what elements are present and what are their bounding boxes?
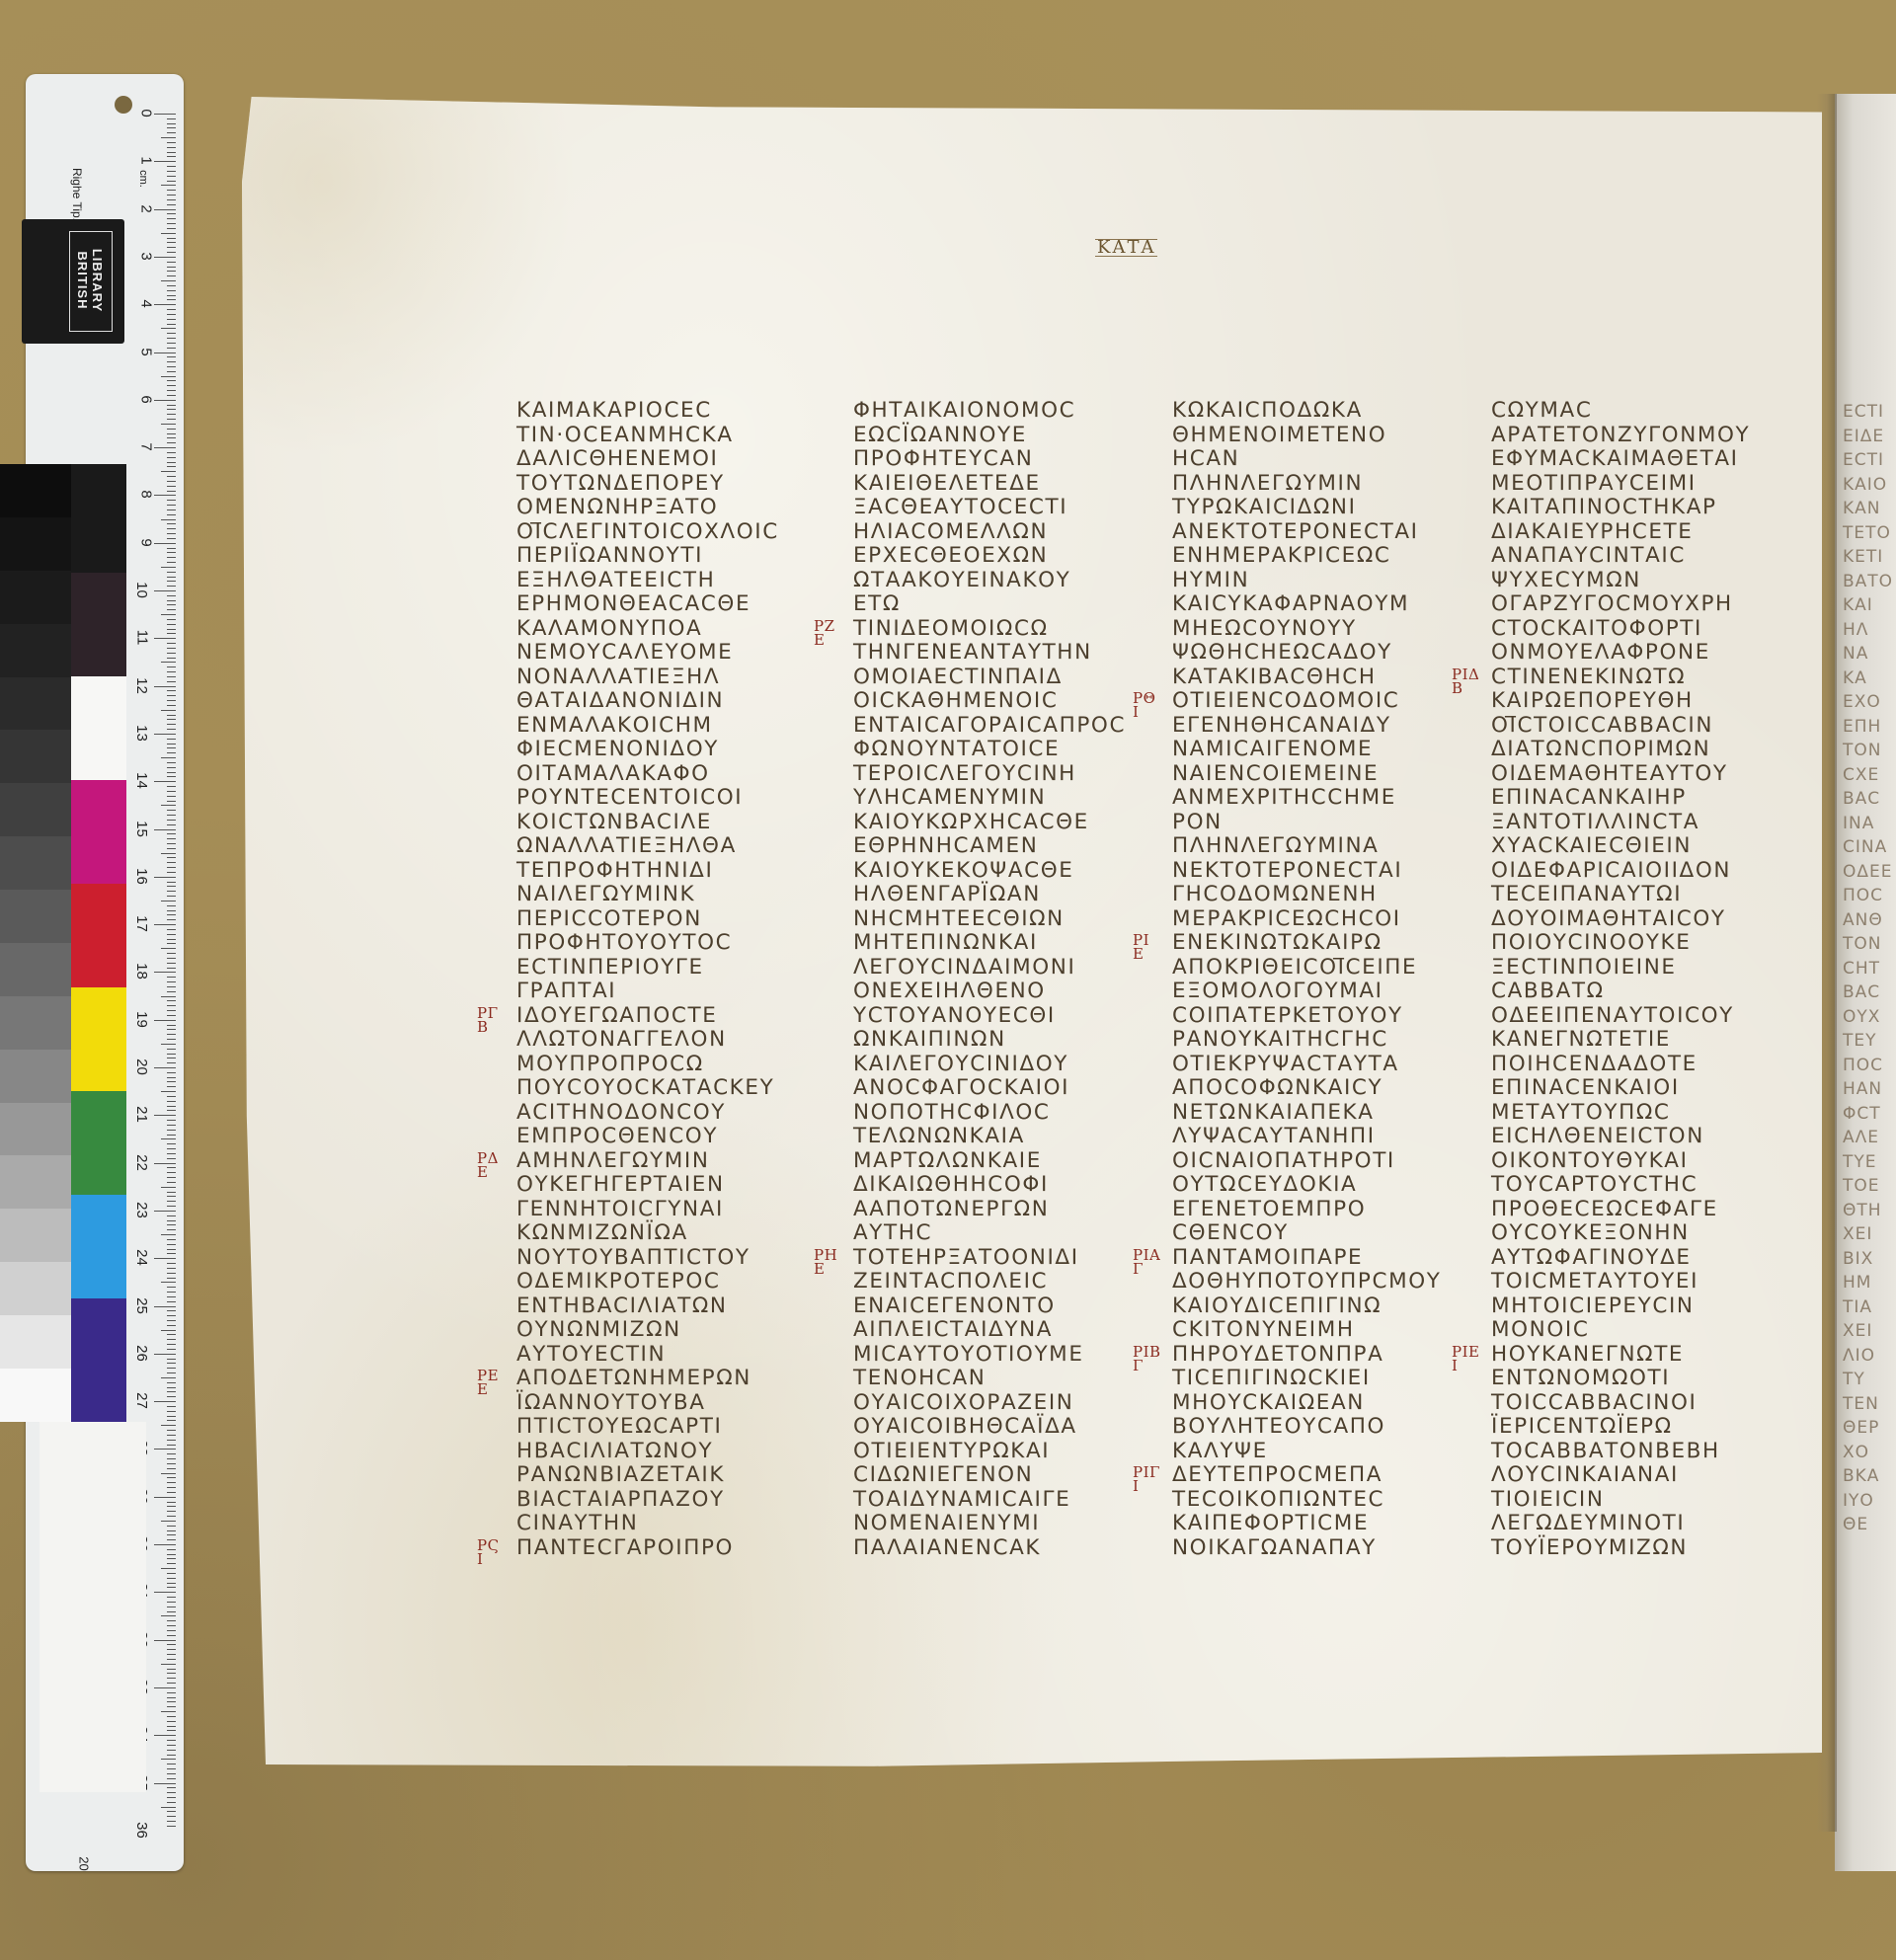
manuscript-line: ΑΠΟϹΟΦΩΝΚΑΙϹΥ xyxy=(1172,1076,1441,1101)
ruler-tick xyxy=(161,1234,176,1235)
ruler-tick xyxy=(167,271,176,272)
ruler-tick xyxy=(167,629,176,630)
ruler-tick xyxy=(154,1640,176,1641)
ruler-tick xyxy=(167,123,176,124)
manuscript-line: ΛΥΨΑϹΑΥΤΑΝΗΠΙ xyxy=(1172,1125,1441,1149)
ruler-tick xyxy=(161,1425,176,1426)
ruler-tick xyxy=(154,972,176,973)
manuscript-line: ΕΞΗΛΘΑΤΕΕΙϹΤΗ xyxy=(516,569,779,593)
ruler-tick xyxy=(167,361,176,362)
ruler-tick xyxy=(167,1549,176,1550)
ruler-tick xyxy=(167,1125,176,1126)
ruler-tick xyxy=(167,1635,176,1636)
manuscript-line: ΟΤΙΕΚΡΥΨΑϹΤΑΥΤΑ xyxy=(1172,1053,1441,1077)
manuscript-line: ΟΥΚΕΓΗΓΕΡΤΑΙΕΝ xyxy=(516,1173,779,1198)
section-number-marginalia: ΡϚ Ι xyxy=(477,1538,500,1566)
manuscript-line: ΤΙΝΙΔΕΟΜΟΙΩϹΩ xyxy=(853,617,1126,642)
ruler-tick xyxy=(167,1301,176,1302)
ruler-tick xyxy=(167,700,176,701)
ruler-tick xyxy=(167,1726,176,1727)
ruler-tick xyxy=(167,772,176,773)
ruler-tick xyxy=(167,1025,176,1026)
ruler-tick xyxy=(167,285,176,286)
manuscript-line: ΟΙϹΚΑΘΗΜΕΝΟΙϹ xyxy=(853,689,1126,714)
ruler-cm-number: 17 xyxy=(133,915,150,932)
manuscript-line: ΔΟΥΟΙΜΑΘΗΤΑΙϹΟΥ xyxy=(1491,907,1750,932)
manuscript-line: ΕΦΥΜΑϹΚΑΙΜΑΘΕΤΑΙ xyxy=(1491,447,1750,472)
ruler-cm-number: 6 xyxy=(137,395,154,403)
ruler-cm-number: 9 xyxy=(137,538,154,546)
ruler-tick xyxy=(167,338,176,339)
manuscript-line: ΦΙΕϹΜΕΝΟΝΙΔΟΥ xyxy=(516,738,779,762)
ruler-tick xyxy=(154,1211,176,1212)
ruler-tick xyxy=(161,948,176,949)
ruler-tick xyxy=(167,437,176,438)
manuscript-line: ΜΕΤΑΥΤΟΥΠΩϹ xyxy=(1491,1101,1750,1126)
ruler-tick xyxy=(167,147,176,148)
ruler-tick xyxy=(167,1649,176,1650)
cyan-swatch xyxy=(71,1195,126,1298)
manuscript-line: ΕΓΕΝΕΤΟΕΜΠΡΟ xyxy=(1172,1198,1441,1222)
ruler-tick xyxy=(167,1148,176,1149)
ruler-tick xyxy=(167,1477,176,1478)
ruler-tick xyxy=(167,1706,176,1707)
manuscript-line: ΝΑΙΛΕΓΩΥΜΙΝΚ xyxy=(516,883,779,907)
manuscript-line: ΤΟϹΑΒΒΑΤΟΝΒΕΒΗ xyxy=(1491,1440,1750,1464)
ruler-tick xyxy=(167,604,176,605)
ruler-tick xyxy=(167,886,176,887)
ruler-tick xyxy=(167,523,176,524)
manuscript-line: ΕΙϹΗΛΘΕΝΕΙϹΤΟΝ xyxy=(1491,1125,1750,1149)
greyscale-chart xyxy=(0,464,71,1422)
manuscript-line: ΑΡΑΤΕΤΟΝΖΥΓΟΝΜΟΥ xyxy=(1491,424,1750,448)
manuscript-line: ΚΑΙΜΑΚΑΡΙΟϹΕϹ xyxy=(516,399,779,424)
manuscript-line: ΤΟΤΕΗΡΞΑΤΟΟΝΙΔΙ xyxy=(853,1246,1126,1271)
ruler-tick xyxy=(167,1110,176,1111)
ruler-tick xyxy=(167,562,176,563)
manuscript-line: ΙΔΟΥΕΓΩΑΠΟϹΤΕ xyxy=(516,1004,779,1029)
manuscript-line: ΕΡΧΕϹΘΕΟΕΧΩΝ xyxy=(853,544,1126,569)
manuscript-line: ΪΕΡΙϹΕΝΤΩΪΕΡΩ xyxy=(1491,1415,1750,1440)
manuscript-line: ϹΤΟϹΚΑΙΤΟΦΟΡΤΙ xyxy=(1491,617,1750,642)
ruler-tick xyxy=(167,1740,176,1741)
section-number-marginalia: ΡΔ Ε xyxy=(477,1151,499,1179)
ruler-tick xyxy=(167,181,176,182)
ruler-tick xyxy=(161,1091,176,1092)
ruler-tick xyxy=(167,1062,176,1063)
manuscript-line: ΤΕΡΟΙϹΛΕΓΟΥϹΙΝΗ xyxy=(853,762,1126,787)
ruler-tick xyxy=(167,577,176,578)
ruler-tick xyxy=(167,142,176,143)
ruler-tick xyxy=(167,1826,176,1827)
manuscript-line: ΕΠΙΝΑϹΑΝΚΑΙΗΡ xyxy=(1491,786,1750,811)
ruler-tick xyxy=(167,739,176,740)
grey-swatch xyxy=(0,943,71,996)
ruler-cm-number: 21 xyxy=(133,1106,150,1123)
manuscript-line: ΗΛΙΑϹΟΜΕΛΛΩΝ xyxy=(853,520,1126,545)
manuscript-line: ΕΞΟΜΟΛΟΓΟΥΜΑΙ xyxy=(1172,980,1441,1004)
manuscript-line: ΜΕΡΑΚΡΙϹΕΩϹΗϹΟΙ xyxy=(1172,907,1441,932)
manuscript-line: ΤΟΑΙΔΥΝΑΜΙϹΑΙΓΕ xyxy=(853,1488,1126,1513)
manuscript-line: ΟΙΔΕΜΑΘΗΤΕΑΥΤΟΥ xyxy=(1491,762,1750,787)
manuscript-line: ϹΙΝΑΥΤΗΝ xyxy=(516,1512,779,1536)
ruler-tick xyxy=(167,228,176,229)
manuscript-line: ΝΟΥΤΟΥΒΑΠΤΙϹΤΟΥ xyxy=(516,1246,779,1271)
manuscript-line: ΑΙΠΛΕΙϹΤΑΙΔΥΝΑ xyxy=(853,1318,1126,1343)
manuscript-line: ΗΛΘΕΝΓΑΡΪΩΑΝ xyxy=(853,883,1126,907)
manuscript-line: ΟΝΜΟΥΕΛΑΦΡΟΝΕ xyxy=(1491,641,1750,666)
ruler-tick xyxy=(154,1306,176,1307)
ruler-tick xyxy=(167,1310,176,1311)
manuscript-line: ΚΟΙϹΤΩΝΒΑϹΙΛΕ xyxy=(516,811,779,835)
manuscript-line: ϹΙΔΩΝΙΕΓΕΝΟΝ xyxy=(853,1463,1126,1488)
ruler-tick xyxy=(167,767,176,768)
ruler-tick xyxy=(154,590,176,591)
manuscript-line: ΠΟΙΟΥϹΙΝΟΟΥΚΕ xyxy=(1491,931,1750,956)
ruler-tick xyxy=(167,1502,176,1503)
manuscript-line: ΝΗϹΜΗΤΕΕϹΘΙΩΝ xyxy=(853,907,1126,932)
ruler-cm-number: 36 xyxy=(133,1822,150,1839)
manuscript-line: ΤΙΝ·ΟϹΕΑΝΜΗϹΚΑ xyxy=(516,424,779,448)
section-number-marginalia: ΡΙΑ Γ xyxy=(1133,1248,1160,1276)
ruler-tick xyxy=(167,299,176,300)
ruler-tick xyxy=(167,824,176,825)
ruler-tick xyxy=(167,1487,176,1488)
ruler-tick xyxy=(167,1158,176,1159)
ruler-cm-number: 20 xyxy=(133,1058,150,1075)
ruler-cm-number: 18 xyxy=(133,964,150,980)
manuscript-line: ΠΑΛΑΙΑΝΕΝϹΑΚ xyxy=(853,1536,1126,1561)
ruler-cm-number: 22 xyxy=(133,1154,150,1171)
ruler-tick xyxy=(167,1010,176,1011)
section-number-marginalia: ΡΘ Ι xyxy=(1133,691,1155,719)
grey-swatch xyxy=(0,996,71,1050)
ruler-cm-number: 2 xyxy=(137,204,154,212)
manuscript-line: ΓΕΝΝΗΤΟΙϹΓΥΝΑΙ xyxy=(516,1198,779,1222)
manuscript-line: ϹΘΕΝϹΟΥ xyxy=(1172,1221,1441,1246)
ruler-tick xyxy=(161,1568,176,1569)
ruler-tick xyxy=(161,233,176,234)
ruler-tick xyxy=(167,801,176,802)
manuscript-line: ΥϹΤΟΥΑΝΟΥΕϹΘΙ xyxy=(853,1004,1126,1029)
ruler-tick xyxy=(161,662,176,663)
manuscript-line: ΥΛΗϹΑΜΕΝΥΜΙΝ xyxy=(853,786,1126,811)
ruler-tick xyxy=(167,1768,176,1769)
ruler-tick xyxy=(161,805,176,806)
ruler-tick xyxy=(167,333,176,334)
ruler-tick xyxy=(167,1196,176,1197)
ruler-cm-number: 0 xyxy=(137,109,154,117)
ruler-tick xyxy=(167,762,176,763)
manuscript-line: ϹΚΙΤΟΝΥΝΕΙΜΗ xyxy=(1172,1318,1441,1343)
text-column-4: ϹΩΥΜΑϹΑΡΑΤΕΤΟΝΖΥΓΟΝΜΟΥΕΦΥΜΑϹΚΑΙΜΑΘΕΤΑΙΜΕ… xyxy=(1491,399,1750,1560)
ruler-tick xyxy=(167,1811,176,1812)
manuscript-line: ΟΝΕΧΕΙΗΛΘΕΝΟ xyxy=(853,980,1126,1004)
ruler-tick xyxy=(167,127,176,128)
ruler-tick xyxy=(167,581,176,582)
section-number-marginalia: ΡΙ Ε xyxy=(1133,933,1149,961)
ruler-tick xyxy=(167,462,176,463)
ruler-tick xyxy=(167,557,176,558)
ruler-tick xyxy=(167,505,176,506)
ruler-tick xyxy=(161,1330,176,1331)
ruler-tick xyxy=(167,810,176,811)
ruler-tick xyxy=(167,658,176,659)
manuscript-line: ΑΥΤΟΥΕϹΤΙΝ xyxy=(516,1343,779,1368)
ruler-tick xyxy=(167,1249,176,1250)
ruler-tick xyxy=(167,218,176,219)
ruler-tick xyxy=(167,1368,176,1369)
ruler-tick xyxy=(167,1339,176,1340)
manuscript-line: ϹΩΥΜΑϹ xyxy=(1491,399,1750,424)
grey-swatch xyxy=(0,783,71,836)
manuscript-line: ΤΥΡΩΚΑΙϹΙΔΩΝΙ xyxy=(1172,496,1441,520)
manuscript-line: ΓΡΑΠΤΑΙ xyxy=(516,980,779,1004)
ruler-tick xyxy=(167,1697,176,1698)
ruler-tick xyxy=(167,1391,176,1392)
british-library-badge: LIBRARY BRITISH xyxy=(22,219,124,344)
manuscript-line: ΩΝΑΛΛΑΤΙΕΞΗΛΘΑ xyxy=(516,834,779,859)
ruler-tick xyxy=(167,1411,176,1412)
ruler-tick xyxy=(167,1192,176,1193)
manuscript-line: ΕΝΕΚΙΝΩΤΩΚΑΙΡΩ xyxy=(1172,931,1441,956)
ruler-cm-number: 1 xyxy=(137,157,154,165)
manuscript-line: ΠΕΡΙϹϹΟΤΕΡΟΝ xyxy=(516,907,779,932)
ruler-tick xyxy=(167,390,176,391)
running-title: ΚΑΤΑ xyxy=(1095,239,1157,257)
ruler-tick xyxy=(167,676,176,677)
ruler-tick xyxy=(167,843,176,844)
ruler-tick xyxy=(167,981,176,982)
grey-swatch xyxy=(0,1050,71,1103)
manuscript-line: ΚΑΙΟΥΚΕΚΟΨΑϹΘΕ xyxy=(853,859,1126,884)
grey-swatch xyxy=(0,1262,71,1315)
ruler-tick xyxy=(167,633,176,634)
manuscript-line: ΚΑΛΑΜΟΝΥΠΟΑ xyxy=(516,617,779,642)
manuscript-line: ΜΗΤΕΠΙΝΩΝΚΑΙ xyxy=(853,931,1126,956)
ruler-tick xyxy=(167,190,176,191)
ruler-tick xyxy=(167,681,176,682)
manuscript-line: ΕΓΕΝΗΘΗϹΑΝΑΙΔΥ xyxy=(1172,714,1441,739)
ruler-tick xyxy=(161,376,176,377)
ruler-tick xyxy=(167,1135,176,1136)
ruler-tick xyxy=(167,1792,176,1793)
ruler-tick xyxy=(167,1206,176,1207)
ruler-tick xyxy=(167,491,176,492)
ruler-tick xyxy=(167,939,176,940)
manuscript-line: ΟΙΤΑΜΑΛΑΚΑΦΟ xyxy=(516,762,779,787)
ruler-tick xyxy=(161,137,176,138)
manuscript-line: ΜΟΝΟΙϹ xyxy=(1491,1318,1750,1343)
grey-swatch xyxy=(0,730,71,783)
ruler-tick xyxy=(167,1372,176,1373)
ruler-cm-number: 23 xyxy=(133,1202,150,1218)
grey-swatch xyxy=(0,624,71,677)
ruler-hole xyxy=(115,96,132,114)
ruler-cm-number: 7 xyxy=(137,442,154,450)
ruler-tick xyxy=(167,1244,176,1245)
ruler-tick xyxy=(154,257,176,258)
manuscript-line: ΕΝΤΩΝΟΜΩΟΤΙ xyxy=(1491,1367,1750,1391)
ruler-tick xyxy=(167,1315,176,1316)
ruler-tick xyxy=(167,1797,176,1798)
ruler-tick xyxy=(167,1526,176,1527)
ruler-tick xyxy=(161,757,176,758)
red-swatch xyxy=(71,884,126,987)
ruler-tick xyxy=(161,185,176,186)
manuscript-line: ΨΩΘΗϹΗΕΩϹΑΔΟΥ xyxy=(1172,641,1441,666)
manuscript-line: ΠΗΡΟΥΔΕΤΟΝΠΡΑ xyxy=(1172,1343,1441,1368)
ruler-tick xyxy=(167,1072,176,1073)
ruler-tick xyxy=(167,986,176,987)
manuscript-line: ΟΙ̅ϹΤΟΙϹϹΑΒΒΑϹΙΝ xyxy=(1491,714,1750,739)
ruler-tick xyxy=(167,776,176,777)
ruler-cm-number: 19 xyxy=(133,1011,150,1028)
section-number-marginalia: ΡΙΓ Ι xyxy=(1133,1465,1160,1493)
manuscript-line: ΚΑΙϹΥΚΑΦΑΡΝΑΟΥΜ xyxy=(1172,592,1441,617)
manuscript-line: ΠΑΝΤΑΜΟΙΠΑΡΕ xyxy=(1172,1246,1441,1271)
ruler-tick xyxy=(167,1201,176,1202)
text-column-2: ΦΗΤΑΙΚΑΙΟΝΟΜΟϹΕΩϹΪΩΑΝΝΟΥΕΠΡΟΦΗΤΕΥϹΑΝΚΑΙΕ… xyxy=(853,399,1126,1560)
section-number-marginalia: ΡΙΔ Β xyxy=(1452,667,1479,695)
ruler-tick xyxy=(167,1120,176,1121)
ruler-tick xyxy=(154,1592,176,1593)
ruler-tick xyxy=(167,1049,176,1050)
ruler-tick xyxy=(167,371,176,372)
ruler-tick xyxy=(167,1034,176,1035)
ruler-tick xyxy=(167,1534,176,1535)
manuscript-line: ΑΝΟϹΦΑΓΟϹΚΑΙΟΙ xyxy=(853,1076,1126,1101)
grey-swatch xyxy=(0,1209,71,1262)
manuscript-line: ΚΑΙΤΑΠΙΝΟϹΤΗΚΑΡ xyxy=(1491,496,1750,520)
manuscript-line: ΠΑΝΤΕϹΓΑΡΟΙΠΡΟ xyxy=(516,1536,779,1561)
ruler-tick xyxy=(154,1020,176,1021)
manuscript-line: ΟΤΙΕΙΕΝϹΟΔΟΜΟΙϹ xyxy=(1172,689,1441,714)
ruler-tick xyxy=(167,786,176,787)
ruler-tick xyxy=(154,1735,176,1736)
ruler-tick xyxy=(167,247,176,248)
ruler-tick xyxy=(167,166,176,167)
manuscript-line: ΚΩΝΜΙΖΩΝΪΩΑ xyxy=(516,1221,779,1246)
manuscript-line: ΟΜΕΝΩΝΗΡΞΑΤΟ xyxy=(516,496,779,520)
ruler-tick xyxy=(167,796,176,797)
manuscript-line: ϹΤΙΝΕΝΕΚΙΝΩΤΩ xyxy=(1491,666,1750,690)
ruler-tick xyxy=(167,1015,176,1016)
ruler-tick xyxy=(167,481,176,482)
ruler-tick xyxy=(167,1239,176,1240)
ruler-tick xyxy=(161,996,176,997)
manuscript-line: ΝΟΝΑΛΛΑΤΙΕΞΗΛ xyxy=(516,666,779,690)
ruler-bottom-mark: 20 xyxy=(77,1856,92,1870)
ruler-tick xyxy=(167,653,176,654)
ruler-tick xyxy=(154,114,176,115)
manuscript-line: ΜΕΟΤΙΠΡΑΥϹΕΙΜΙ xyxy=(1491,472,1750,497)
ruler-cm-number: 24 xyxy=(133,1249,150,1266)
manuscript-line: ΤΕΛΩΝΩΝΚΑΙΑ xyxy=(853,1125,1126,1149)
ruler-tick xyxy=(167,348,176,349)
grey-swatch xyxy=(0,1103,71,1156)
ruler-tick xyxy=(161,614,176,615)
ruler-cm-number: 14 xyxy=(133,772,150,789)
ruler-tick xyxy=(154,1115,176,1116)
manuscript-line: ΗΟΥΚΑΝΕΓΝΩΤΕ xyxy=(1491,1343,1750,1368)
ruler-tick xyxy=(154,304,176,305)
ruler-tick xyxy=(167,1816,176,1817)
ruler-tick xyxy=(154,734,176,735)
ruler-tick xyxy=(167,1387,176,1388)
ruler-tick xyxy=(167,457,176,458)
ruler-tick xyxy=(167,314,176,315)
ruler-tick xyxy=(154,1497,176,1498)
ruler-tick xyxy=(167,1224,176,1225)
ruler-tick xyxy=(167,290,176,291)
ruler-tick xyxy=(167,1143,176,1144)
ruler-tick xyxy=(167,833,176,834)
manuscript-line: ΜΗΕΩϹΟΥΝΟΥΥ xyxy=(1172,617,1441,642)
black-swatch xyxy=(71,464,126,573)
ruler-tick xyxy=(161,519,176,520)
green-swatch xyxy=(71,1091,126,1195)
ruler-tick xyxy=(154,1354,176,1355)
manuscript-line: ΟΥΝΩΝΜΙΖΩΝ xyxy=(516,1318,779,1343)
manuscript-line: ΪΩΑΝΝΟΥΤΟΥΒΑ xyxy=(516,1391,779,1416)
ruler-tick xyxy=(167,1215,176,1216)
ruler-tick xyxy=(167,1755,176,1756)
ruler-tick xyxy=(161,901,176,902)
ruler-tick xyxy=(167,1659,176,1660)
ruler-tick xyxy=(161,1282,176,1283)
ruler-tick xyxy=(154,495,176,496)
manuscript-line: ΟΥϹΟΥΚΕΞΟΝΗΝ xyxy=(1491,1221,1750,1246)
ruler-tick xyxy=(154,1258,176,1259)
ruler-tick xyxy=(167,409,176,410)
ruler-tick xyxy=(161,1711,176,1712)
ruler-tick xyxy=(161,280,176,281)
ruler-tick xyxy=(167,671,176,672)
ruler-tick xyxy=(167,1630,176,1631)
ruler-tick xyxy=(167,724,176,725)
ruler-tick xyxy=(167,204,176,205)
manuscript-line: ΜΙϹΑΥΤΟΥΟΤΙΟΥΜΕ xyxy=(853,1343,1126,1368)
ruler-tick xyxy=(167,385,176,386)
manuscript-line: ΚΑΙΠΕΦΟΡΤΙϹΜΕ xyxy=(1172,1512,1441,1536)
manuscript-line: ΜΗΤΟΙϹΙΕΡΕΥϹΙΝ xyxy=(1491,1294,1750,1319)
ruler-tick xyxy=(154,209,176,210)
manuscript-line: ΠΤΙϹΤΟΥΕΩϹΑΡΤΙ xyxy=(516,1415,779,1440)
ruler-tick xyxy=(167,1096,176,1097)
ruler-tick xyxy=(167,1081,176,1082)
ruler-cm-number: 16 xyxy=(133,868,150,885)
manuscript-line: ΤΕϹΕΙΠΑΝΑΥΤΩΙ xyxy=(1491,883,1750,907)
ruler-tick xyxy=(167,171,176,172)
ruler-tick xyxy=(167,1077,176,1078)
ruler-tick xyxy=(154,638,176,639)
ruler-tick xyxy=(167,395,176,396)
ruler-tick xyxy=(167,275,176,276)
ruler-tick xyxy=(161,1521,176,1522)
ruler-tick xyxy=(167,1273,176,1274)
manuscript-line: ΕΠΙΝΑϹΕΝΚΑΙΟΙ xyxy=(1491,1076,1750,1101)
ruler-cm-number: 11 xyxy=(134,630,151,646)
ruler-tick xyxy=(167,729,176,730)
facing-page-text: ΕϹΤΙ ΕΙΔΕ ΕϹΤΙ ΚΑΙΟ ΚΑΝ ΤΕΤΟ ΚΕΤΙ ΒΑΤΟ Κ… xyxy=(1843,400,1893,1537)
ruler-tick xyxy=(167,1000,176,1001)
ruler-tick xyxy=(167,309,176,310)
ruler-tick xyxy=(167,977,176,978)
grey-swatch xyxy=(0,517,71,571)
ruler-tick xyxy=(167,1287,176,1288)
manuscript-line: ΔΙΑΤΩΝϹΠΟΡΙΜΩΝ xyxy=(1491,738,1750,762)
